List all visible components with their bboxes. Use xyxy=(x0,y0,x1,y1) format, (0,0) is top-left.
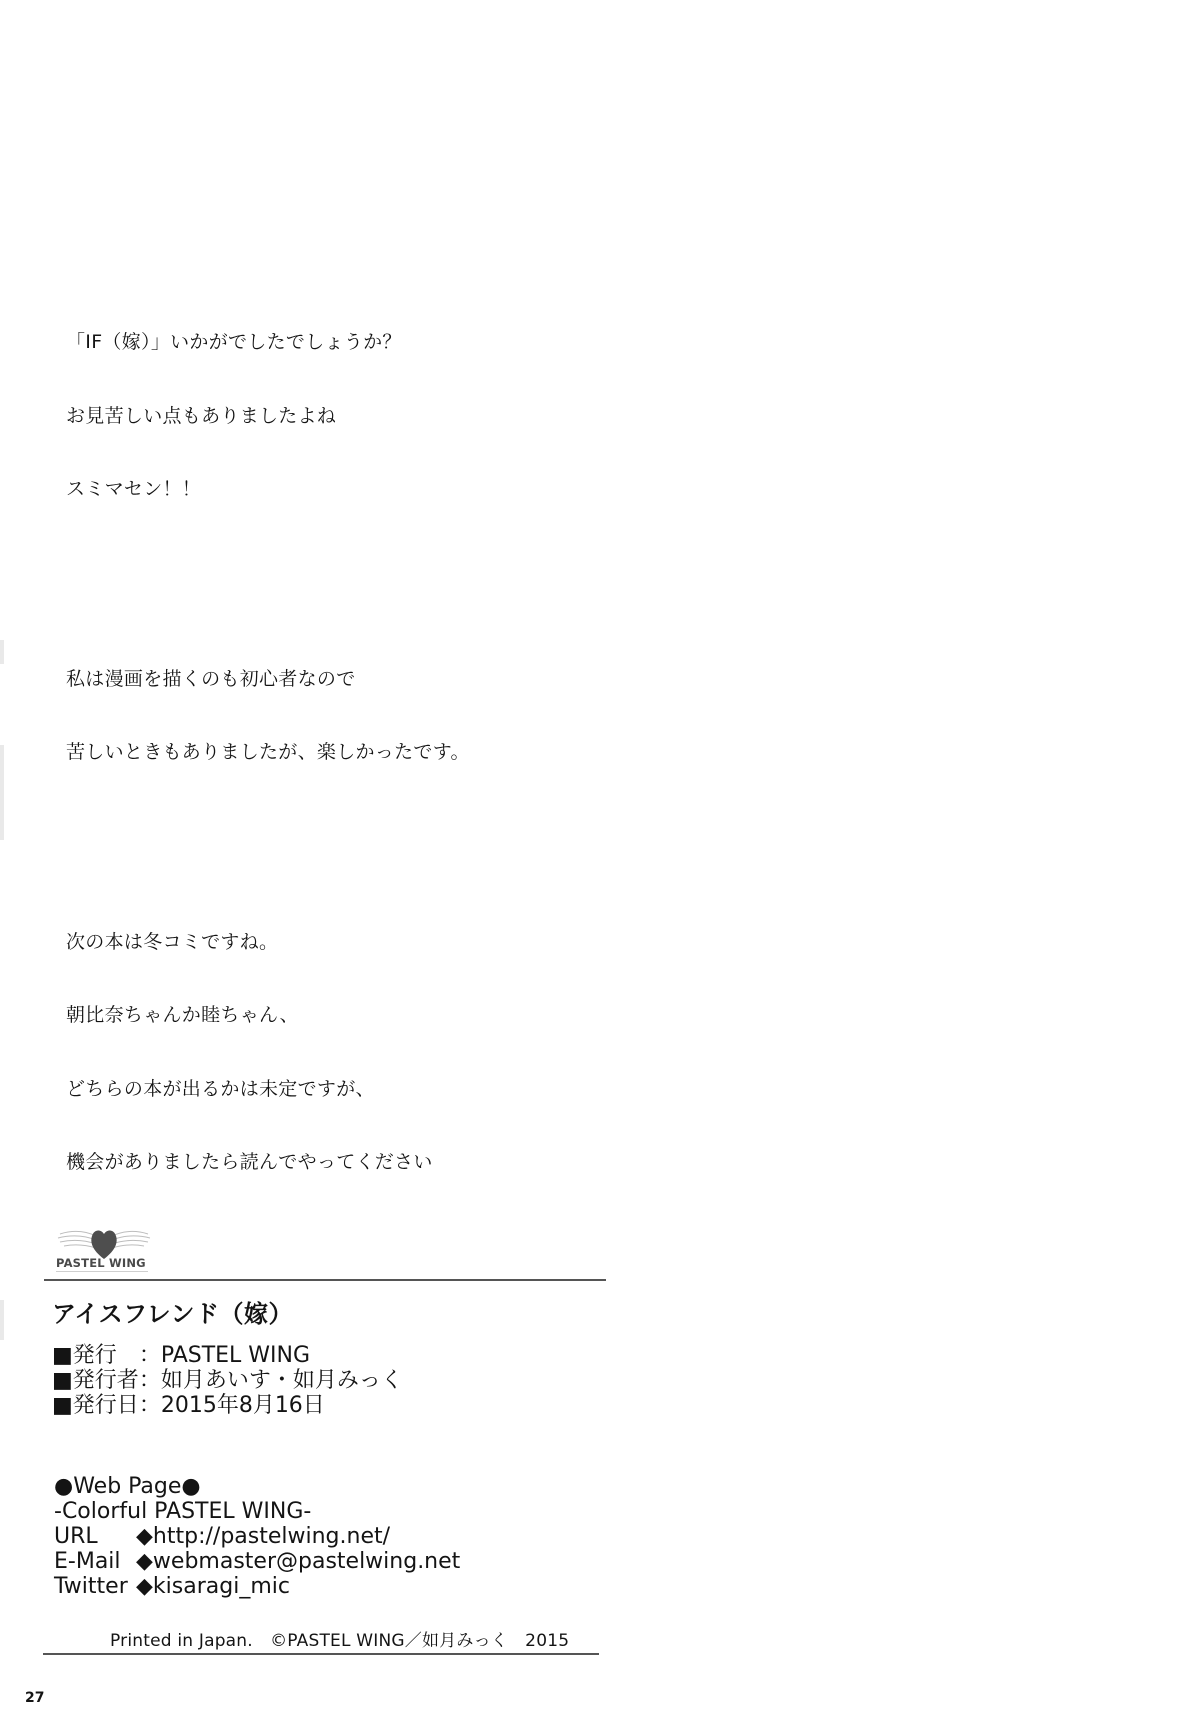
scan-edge-mark xyxy=(0,640,4,664)
diamond-bullet-icon: ◆ xyxy=(136,1574,153,1599)
text-line: 苦しいときもありましたが、楽しかったです。 xyxy=(66,740,470,765)
text-line: お見苦しい点もありましたよね xyxy=(66,404,470,429)
web-label: Twitter xyxy=(54,1574,136,1599)
email-link: webmaster@pastelwing.net xyxy=(153,1549,460,1574)
text-line: 「IF（嫁）」いかがでしたでしょうか？ xyxy=(66,330,470,355)
logo-text: PASTEL WING xyxy=(56,1256,146,1270)
scan-edge-mark xyxy=(0,1300,4,1340)
web-info: ●Web Page● -Colorful PASTEL WING- URL◆ht… xyxy=(54,1474,460,1599)
site-name: -Colorful PASTEL WING- xyxy=(54,1499,460,1524)
text-line: 朝比奈ちゃんか睦ちゃん、 xyxy=(66,1003,470,1028)
heart-with-wings-icon xyxy=(54,1226,154,1260)
square-bullet-icon: ■ xyxy=(52,1393,73,1418)
meta-label: 発行者 xyxy=(73,1368,139,1393)
scan-edge-mark xyxy=(0,745,4,840)
web-row-url: URL◆http://pastelwing.net/ xyxy=(54,1524,460,1549)
page-number: 27 xyxy=(25,1690,44,1706)
meta-value: 如月あいす・如月みっく xyxy=(161,1368,403,1393)
square-bullet-icon: ■ xyxy=(52,1343,73,1368)
meta-separator: ： xyxy=(139,1368,161,1393)
web-label: URL xyxy=(54,1524,136,1549)
divider-bottom xyxy=(43,1653,599,1655)
afterword-paragraph-3: 次の本は冬コミですね。 朝比奈ちゃんか睦ちゃん、 どちらの本が出るかは未定ですが… xyxy=(66,881,470,1224)
meta-label: 発行 xyxy=(73,1343,139,1368)
divider-top xyxy=(44,1279,606,1281)
meta-separator: ： xyxy=(139,1343,161,1368)
publication-info: ■発行 ：PASTEL WING ■発行者：如月あいす・如月みっく ■発行日：2… xyxy=(52,1343,403,1418)
meta-row-publisher: ■発行 ：PASTEL WING xyxy=(52,1343,403,1368)
web-row-twitter: Twitter◆kisaragi_mic xyxy=(54,1574,460,1599)
web-label: E-Mail xyxy=(54,1549,136,1574)
twitter-handle: kisaragi_mic xyxy=(153,1574,290,1599)
meta-row-authors: ■発行者：如月あいす・如月みっく xyxy=(52,1368,403,1393)
afterword-paragraph-1: 「IF（嫁）」いかがでしたでしょうか？ お見苦しい点もありましたよね スミマセン… xyxy=(66,281,470,551)
meta-value: PASTEL WING xyxy=(161,1343,310,1368)
url-link: http://pastelwing.net/ xyxy=(153,1524,390,1549)
text-line: 機会がありましたら読んでやってください xyxy=(66,1150,470,1175)
text-line: 私は漫画を描くのも初心者なので xyxy=(66,667,470,692)
diamond-bullet-icon: ◆ xyxy=(136,1524,153,1549)
meta-row-date: ■発行日：2015年8月16日 xyxy=(52,1393,403,1418)
diamond-bullet-icon: ◆ xyxy=(136,1549,153,1574)
meta-separator: ： xyxy=(139,1393,161,1418)
book-title: アイスフレンド（嫁） xyxy=(52,1294,293,1329)
copyright-line: Printed in Japan. ©PASTEL WING／如月みっく 201… xyxy=(110,1626,569,1651)
pastel-wing-logo: PASTEL WING xyxy=(54,1226,154,1274)
web-heading: ●Web Page● xyxy=(54,1474,460,1499)
text-line: どちらの本が出るかは未定ですが、 xyxy=(66,1077,470,1102)
meta-label: 発行日 xyxy=(73,1393,139,1418)
afterword-text: 「IF（嫁）」いかがでしたでしょうか？ お見苦しい点もありましたよね スミマセン… xyxy=(66,232,470,1266)
meta-value: 2015年8月16日 xyxy=(161,1393,325,1418)
logo-tagline xyxy=(56,1271,148,1272)
web-row-email: E-Mail◆webmaster@pastelwing.net xyxy=(54,1549,460,1574)
afterword-paragraph-2: 私は漫画を描くのも初心者なので 苦しいときもありましたが、楽しかったです。 xyxy=(66,618,470,814)
text-line: 次の本は冬コミですね。 xyxy=(66,930,470,955)
square-bullet-icon: ■ xyxy=(52,1368,73,1393)
text-line: スミマセン！！ xyxy=(66,477,470,502)
